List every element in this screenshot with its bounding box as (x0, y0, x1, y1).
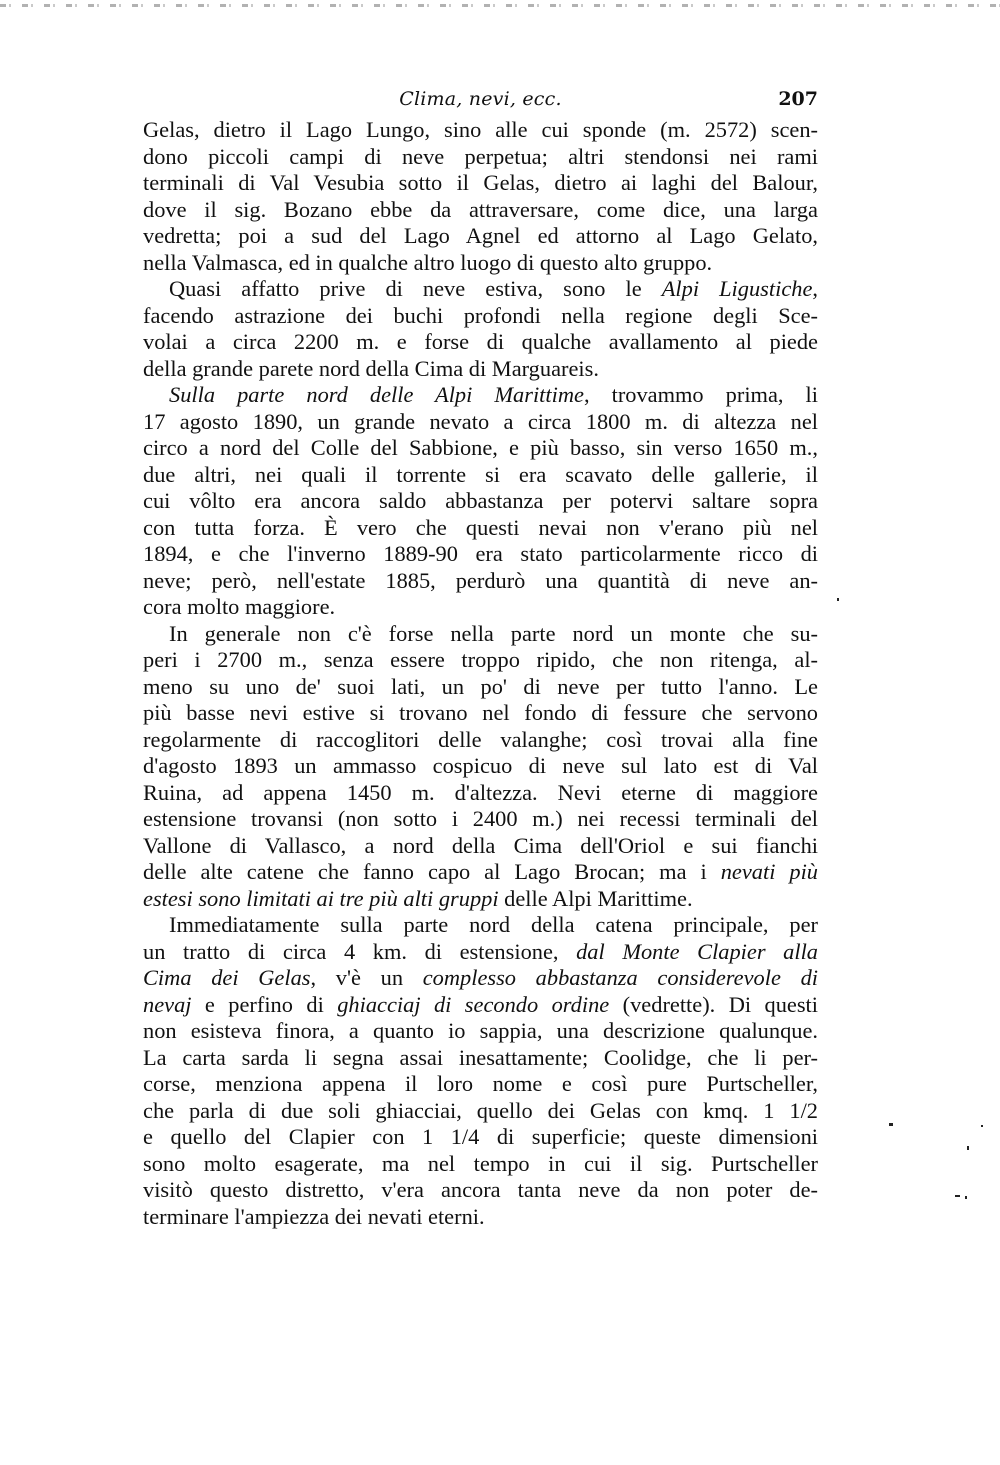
text-segment: nella Valmasca, ed in qualche altro luog… (143, 250, 712, 275)
text-line: vedretta; poi a sud del Lago Agnel ed at… (143, 223, 818, 250)
text-segment: della grande parete nord della Cima di M… (143, 356, 599, 381)
text-segment: d'agosto 1893 un ammasso cospicuo di nev… (143, 753, 818, 778)
text-segment: più basse nevi estive si trovano nel fon… (143, 700, 818, 725)
text-line: volai a circa 2200 m. e forse di qualche… (143, 329, 818, 356)
page-header: Clima, nevi, ecc. 207 (143, 88, 818, 114)
text-segment: dono piccoli campi di neve perpetua; alt… (143, 144, 818, 169)
text-segment: delle Alpi Marittime. (499, 886, 693, 911)
text-line: regolarmente di raccoglitori delle valan… (143, 727, 818, 754)
italic-text: Cima dei Gelas (143, 965, 311, 990)
text-line: più basse nevi estive si trovano nel fon… (143, 700, 818, 727)
text-segment: In generale non c'è forse nella parte no… (169, 621, 818, 646)
text-segment: meno su uno de' suoi lati, un po' di nev… (143, 674, 818, 699)
text-segment: non esisteva finora, a quanto io sappia,… (143, 1018, 818, 1043)
italic-text: Alpi Ligustiche (662, 276, 813, 301)
text-segment: , trovammo prima, li (584, 382, 818, 407)
text-line: La carta sarda li segna assai inesattame… (143, 1045, 818, 1072)
text-line: non esisteva finora, a quanto io sappia,… (143, 1018, 818, 1045)
text-segment: visitò questo distretto, v'era ancora ta… (143, 1177, 818, 1202)
text-segment: Vallone di Vallasco, a nord della Cima d… (143, 833, 818, 858)
margin-speck (965, 1196, 967, 1199)
text-segment: Quasi affatto prive di neve estiva, sono… (169, 276, 662, 301)
text-segment: La carta sarda li segna assai inesattame… (143, 1045, 818, 1070)
text-segment: e quello del Clapier con 1 1/4 di superf… (143, 1124, 818, 1149)
text-line: terminare l'ampiezza dei nevati eterni. (143, 1204, 818, 1231)
text-line: In generale non c'è forse nella parte no… (143, 621, 818, 648)
text-line: 1894, e che l'inverno 1889-90 era stato … (143, 541, 818, 568)
italic-text: ghiacciaj di secondo ordine (337, 992, 609, 1017)
text-line: Gelas, dietro il Lago Lungo, sino alle c… (143, 117, 818, 144)
text-line: nevaj e perfino di ghiacciaj di secondo … (143, 992, 818, 1019)
text-segment: Ruina, ad appena 1450 m. d'altezza. Nevi… (143, 780, 818, 805)
italic-text: nevati più (721, 859, 818, 884)
text-segment: e perfino di (192, 992, 338, 1017)
text-line: della grande parete nord della Cima di M… (143, 356, 818, 383)
text-segment: Gelas, dietro il Lago Lungo, sino alle c… (143, 117, 818, 142)
text-segment: neve; però, nell'estate 1885, perdurò un… (143, 568, 818, 593)
margin-speck (967, 1146, 969, 1150)
text-segment: estensione trovansi (non sotto i 2400 m.… (143, 806, 818, 831)
italic-text: dal Monte Clapier alla (576, 939, 818, 964)
text-line: due altri, nei quali il torrente si era … (143, 462, 818, 489)
text-segment: due altri, nei quali il torrente si era … (143, 462, 818, 487)
text-segment: cora molto maggiore. (143, 594, 335, 619)
text-line: estesi sono limitati ai tre più alti gru… (143, 886, 818, 913)
text-line: corse, menziona appena il loro nome e co… (143, 1071, 818, 1098)
text-line: peri i 2700 m., senza essere troppo ripi… (143, 647, 818, 674)
text-segment: sono molto esagerate, ma nel tempo in cu… (143, 1151, 818, 1176)
text-segment: volai a circa 2200 m. e forse di qualche… (143, 329, 818, 354)
running-title: Clima, nevi, ecc. (143, 88, 818, 110)
text-segment: 1894, e che l'inverno 1889-90 era stato … (143, 541, 818, 566)
text-line: neve; però, nell'estate 1885, perdurò un… (143, 568, 818, 595)
text-segment: peri i 2700 m., senza essere troppo ripi… (143, 647, 818, 672)
italic-text: estesi sono limitati ai tre più alti gru… (143, 886, 499, 911)
text-segment: facendo astrazione dei buchi profondi ne… (143, 303, 818, 328)
text-line: Quasi affatto prive di neve estiva, sono… (143, 276, 818, 303)
text-segment: vedretta; poi a sud del Lago Agnel ed at… (143, 223, 818, 248)
margin-speck (837, 598, 839, 601)
text-line: delle alte catene che fanno capo al Lago… (143, 859, 818, 886)
text-segment: cui vôlto era ancora saldo abbastanza pe… (143, 488, 818, 513)
text-segment: (vedrette). Di questi (609, 992, 818, 1017)
text-segment: terminare l'ampiezza dei nevati eterni. (143, 1204, 485, 1229)
text-line: estensione trovansi (non sotto i 2400 m.… (143, 806, 818, 833)
text-line: Immediatamente sulla parte nord della ca… (143, 912, 818, 939)
text-segment: Immediatamente sulla parte nord della ca… (169, 912, 818, 937)
text-line: sono molto esagerate, ma nel tempo in cu… (143, 1151, 818, 1178)
text-line: nella Valmasca, ed in qualche altro luog… (143, 250, 818, 277)
text-line: d'agosto 1893 un ammasso cospicuo di nev… (143, 753, 818, 780)
margin-speck (981, 1125, 983, 1127)
text-segment: che parla di due soli ghiacciai, quello … (143, 1098, 818, 1123)
text-line: Sulla parte nord delle Alpi Marittime, t… (143, 382, 818, 409)
text-line: che parla di due soli ghiacciai, quello … (143, 1098, 818, 1125)
italic-text: Sulla parte nord delle Alpi Marittime (169, 382, 584, 407)
text-segment: 17 agosto 1890, un grande nevato a circa… (143, 409, 818, 434)
text-segment: corse, menziona appena il loro nome e co… (143, 1071, 818, 1096)
margin-speck (955, 1195, 960, 1197)
text-segment: un tratto di circa 4 km. di estensione, (143, 939, 576, 964)
text-line: visitò questo distretto, v'era ancora ta… (143, 1177, 818, 1204)
text-line: facendo astrazione dei buchi profondi ne… (143, 303, 818, 330)
text-line: con tutta forza. È vero che questi nevai… (143, 515, 818, 542)
text-segment: , (812, 276, 818, 301)
italic-text: complesso abbastanza considerevole di (423, 965, 818, 990)
text-line: terminali di Val Vesubia sotto il Gelas,… (143, 170, 818, 197)
text-line: meno su uno de' suoi lati, un po' di nev… (143, 674, 818, 701)
text-line: dove il sig. Bozano ebbe da attraversare… (143, 197, 818, 224)
text-segment: terminali di Val Vesubia sotto il Gelas,… (143, 170, 818, 195)
text-line: un tratto di circa 4 km. di estensione, … (143, 939, 818, 966)
text-line: 17 agosto 1890, un grande nevato a circa… (143, 409, 818, 436)
text-line: cora molto maggiore. (143, 594, 818, 621)
text-segment: delle alte catene che fanno capo al Lago… (143, 859, 721, 884)
text-line: Vallone di Vallasco, a nord della Cima d… (143, 833, 818, 860)
text-line: Ruina, ad appena 1450 m. d'altezza. Nevi… (143, 780, 818, 807)
text-line: circo a nord del Colle del Sabbione, e p… (143, 435, 818, 462)
text-segment: dove il sig. Bozano ebbe da attraversare… (143, 197, 818, 222)
text-line: cui vôlto era ancora saldo abbastanza pe… (143, 488, 818, 515)
page-number: 207 (778, 88, 818, 110)
text-line: dono piccoli campi di neve perpetua; alt… (143, 144, 818, 171)
text-segment: circo a nord del Colle del Sabbione, e p… (143, 435, 818, 460)
body-text: Gelas, dietro il Lago Lungo, sino alle c… (143, 117, 818, 1230)
text-line: e quello del Clapier con 1 1/4 di superf… (143, 1124, 818, 1151)
margin-speck (889, 1123, 893, 1126)
text-segment: regolarmente di raccoglitori delle valan… (143, 727, 818, 752)
text-segment: , v'è un (311, 965, 423, 990)
text-line: Cima dei Gelas, v'è un complesso abbasta… (143, 965, 818, 992)
text-segment: con tutta forza. È vero che questi nevai… (143, 515, 818, 540)
scan-artifact-top-edge (0, 4, 1000, 7)
italic-text: nevaj (143, 992, 192, 1017)
